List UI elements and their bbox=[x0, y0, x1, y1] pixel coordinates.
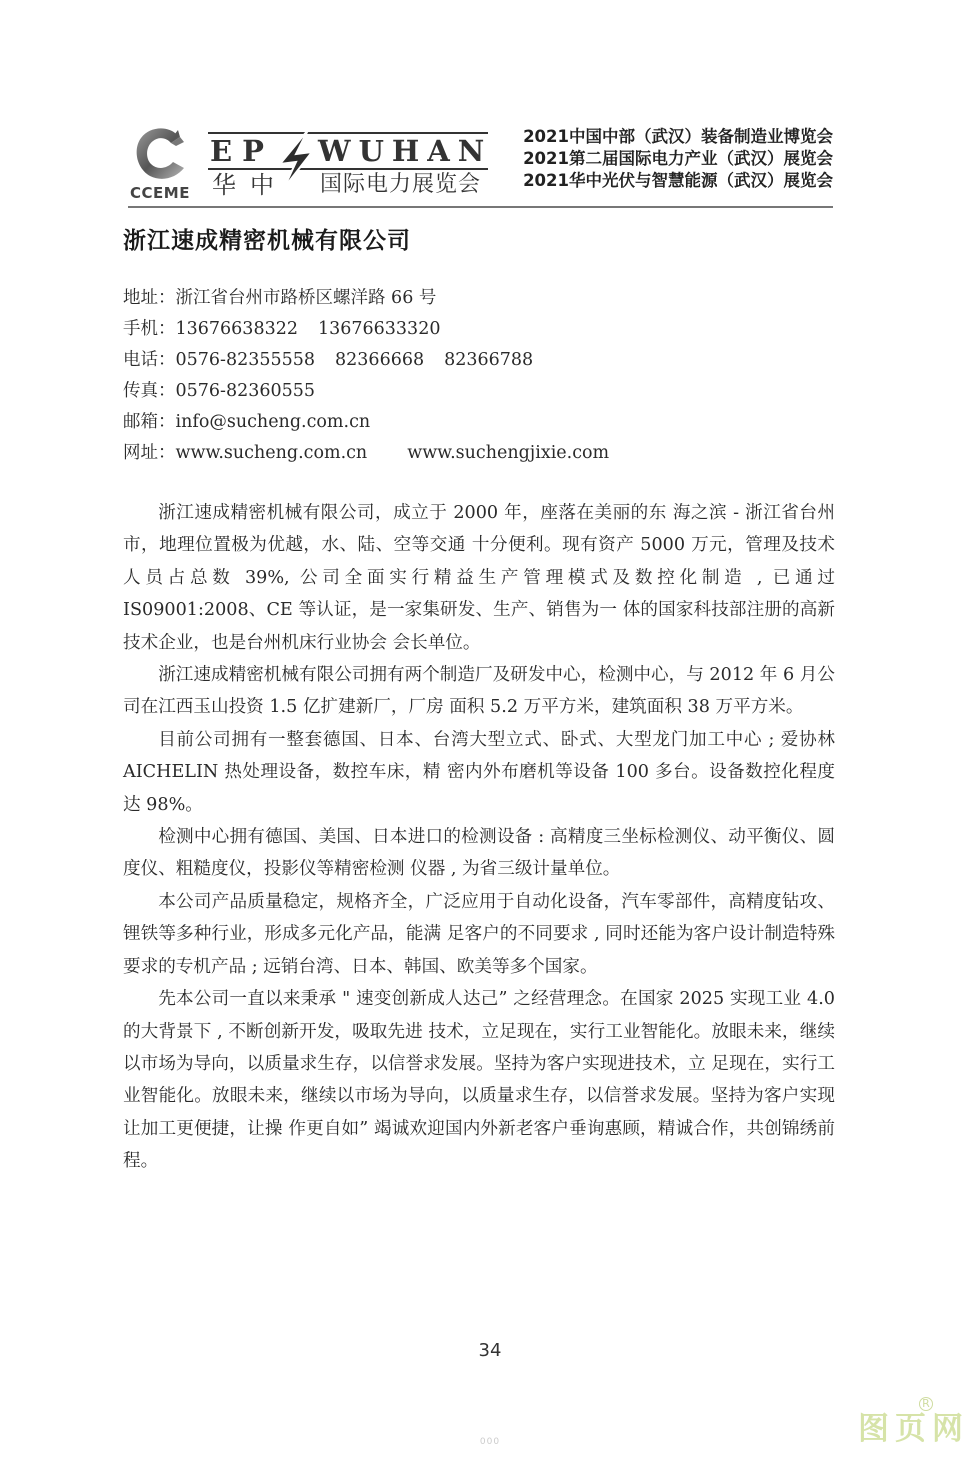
address-value: 浙江省台州市路桥区螺洋路 66 号 bbox=[176, 283, 437, 314]
cceme-logo-text: CCEME bbox=[124, 184, 196, 202]
paragraph-philosophy: 先本公司一直以来秉承 " 速变创新成人达己” 之经营理念。在国家 2025 实现… bbox=[123, 983, 835, 1177]
page-header: CCEME EP WUHAN 华中 国际电力展览会 2021中国中部（武汉）装备… bbox=[118, 118, 833, 204]
address-label: 地址： bbox=[123, 283, 176, 314]
phone-value-3: 82366788 bbox=[444, 345, 533, 376]
mobile-value-2: 13676633320 bbox=[318, 314, 440, 345]
paragraph-intro: 浙江速成精密机械有限公司，成立于 2000 年，座落在美丽的东 海之滨 - 浙江… bbox=[123, 497, 835, 659]
logo-wuhan-text: WUHAN bbox=[318, 134, 492, 168]
logo-huazhong-text: 华中 bbox=[212, 170, 288, 200]
contact-email-row: 邮箱：info@sucheng.com.cn bbox=[123, 407, 843, 438]
mobile-value-1: 13676638322 bbox=[176, 314, 298, 345]
fax-value: 0576-82360555 bbox=[176, 376, 316, 407]
contact-info: 地址：浙江省台州市路桥区螺洋路 66 号 手机：1367663832213676… bbox=[123, 283, 843, 469]
exhibition-title-3: 2021华中光伏与智慧能源（武汉）展览会 bbox=[523, 170, 833, 192]
phone-label: 电话： bbox=[123, 345, 176, 376]
phone-value-1: 0576-82355558 bbox=[176, 345, 316, 376]
website-label: 网址： bbox=[123, 438, 176, 469]
footer-mark: 000 bbox=[0, 1437, 980, 1447]
phone-value-2: 82366668 bbox=[335, 345, 424, 376]
header-divider bbox=[128, 206, 833, 208]
email-label: 邮箱： bbox=[123, 407, 176, 438]
logo-ep-text: EP bbox=[210, 134, 274, 168]
exhibition-title-1: 2021中国中部（武汉）装备制造业博览会 bbox=[523, 126, 833, 148]
paragraph-equipment: 目前公司拥有一整套德国、日本、台湾大型立式、卧式、大型龙门加工中心 ; 爱协林 … bbox=[123, 724, 835, 821]
page-number: 34 bbox=[0, 1340, 980, 1361]
contact-address-row: 地址：浙江省台州市路桥区螺洋路 66 号 bbox=[123, 283, 843, 314]
website-link-1[interactable]: www.sucheng.com.cn bbox=[176, 438, 368, 469]
contact-fax-row: 传真：0576-82360555 bbox=[123, 376, 843, 407]
logo-expo-name: 国际电力展览会 bbox=[320, 170, 481, 200]
paragraph-testing-center: 检测中心拥有德国、美国、日本进口的检测设备 : 高精度三坐标检测仪、动平衡仪、圆… bbox=[123, 821, 835, 886]
exhibition-title-2: 2021第二届国际电力产业（武汉）展览会 bbox=[523, 148, 833, 170]
fax-label: 传真： bbox=[123, 376, 176, 407]
contact-website-row: 网址：www.sucheng.com.cnwww.suchengjixie.co… bbox=[123, 438, 843, 469]
cceme-c-logo-icon bbox=[132, 124, 188, 182]
company-description: 浙江速成精密机械有限公司，成立于 2000 年，座落在美丽的东 海之滨 - 浙江… bbox=[123, 497, 835, 1178]
contact-phone-row: 电话：0576-823555588236666882366788 bbox=[123, 345, 843, 376]
registered-mark-icon: R bbox=[919, 1397, 933, 1411]
watermark: 图页网 bbox=[858, 1403, 969, 1448]
website-link-2[interactable]: www.suchengjixie.com bbox=[407, 438, 609, 469]
cceme-logo: CCEME bbox=[124, 124, 194, 202]
paragraph-facilities: 浙江速成精密机械有限公司拥有两个制造厂及研发中心，检测中心，与 2012 年 6… bbox=[123, 659, 835, 724]
paragraph-products: 本公司产品质量稳定，规格齐全，广泛应用于自动化设备，汽车零部件，高精度钻攻、锂铁… bbox=[123, 886, 835, 983]
company-name-heading: 浙江速成精密机械有限公司 bbox=[123, 222, 411, 255]
contact-mobile-row: 手机：1367663832213676633320 bbox=[123, 314, 843, 345]
email-value[interactable]: info@sucheng.com.cn bbox=[176, 407, 371, 438]
mobile-label: 手机： bbox=[123, 314, 176, 345]
ep-wuhan-logo: EP WUHAN 华中 国际电力展览会 bbox=[208, 132, 488, 202]
exhibition-titles: 2021中国中部（武汉）装备制造业博览会 2021第二届国际电力产业（武汉）展览… bbox=[523, 126, 833, 192]
